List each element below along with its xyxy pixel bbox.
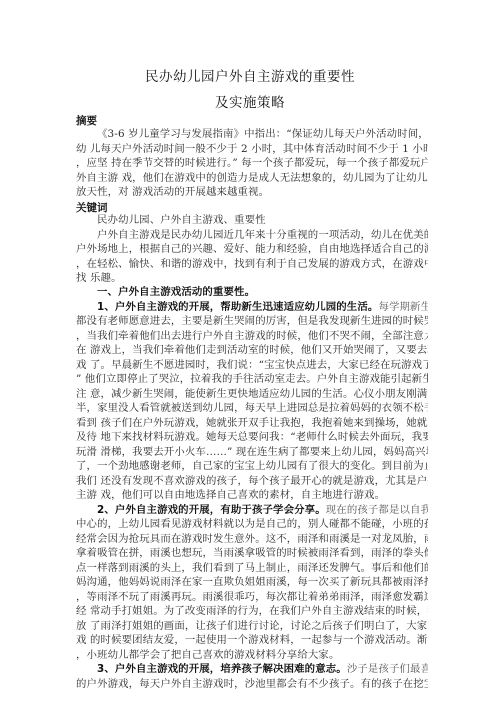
document-page: 民办幼儿园户外自主游戏的重要性 及实施策略 摘要 《3-6 岁儿童学习与发展指南…: [0, 0, 500, 707]
abstract-line: 放天性，对 游戏活动的开展越来越重视。: [76, 185, 428, 200]
point1-line: 及待 地下来找材料玩游戏。她每天总要问我：“老师什么时候去外面玩，我要去: [76, 430, 428, 445]
section1-heading: 一、户外自主游戏活动的重要性。: [76, 285, 428, 300]
point1-line: 玩滑 滑梯，我要去开小火车……” 现在连生病了都要来上幼儿园，妈妈高兴坏: [76, 445, 428, 460]
point2-line: 放 了雨泽打姐姐的画面，让孩子们进行讨论，讨论之后孩子们明白了，大家在游: [76, 619, 428, 634]
point1-line: 戏 了。早晨新生不愿进园时，我们说：“宝宝快点进去，大家已经在玩游戏了。: [76, 358, 428, 373]
point3-first-line: 3、户外自主游戏的开展，培养孩子解决困难的意志。沙子是孩子们最喜欢: [76, 662, 428, 677]
point1-line: 半，家里没人看管就被送到幼儿园，每天早上进园总是拉着妈妈的衣领不松手，: [76, 401, 428, 416]
point1-line: 看到 孩子们在户外玩游戏，她就张开双手让我抱，我抱着她来到操场，她就迫不: [76, 416, 428, 431]
intro-line: 找 乐趣。: [76, 271, 428, 286]
keywords-text: 民办幼儿园、户外自主游戏、重要性: [76, 213, 428, 228]
document-title-line1: 民办幼儿园户外自主游戏的重要性: [0, 65, 500, 85]
intro-line: 户外场地上，根据自己的兴趣、爱好、能力和经验，自由地选择适合自己的游戏: [76, 242, 428, 257]
abstract-line: 幼 儿每天户外活动时间一般不少于 2 小时，其中体育活动时间不少于 1 小时: [76, 142, 428, 157]
point1-line: 在 游戏上，当我们牵着他们走到活动室的时候，他们又开始哭闹了，又要去玩游: [76, 343, 428, 358]
abstract-heading: 摘要: [76, 113, 97, 128]
intro-line: ，在轻松、愉快、和谐的游戏中，找到有利于自己发展的游戏方式，在游戏中寻: [76, 257, 428, 272]
point1-line: 了，一个劲地感谢老师，自己家的宝宝上幼儿园有了很大的变化。到目前为止，: [76, 459, 428, 474]
point3-first-rest: 沙子是孩子们最喜欢: [347, 663, 428, 675]
point1-line: ，当我们牵着他们出去进行户外自主游戏的时候，他们不哭不闹，全部注意力都: [76, 329, 428, 344]
abstract-line: 外自主游 戏，他们在游戏中的创造力是成人无法想象的，幼儿园为了让幼儿释: [76, 171, 428, 186]
point2-line: 拿着吸管在拼，雨溪也想玩，当雨溪拿吸管的时候被雨泽看到，雨泽的拳头像雨: [76, 546, 428, 561]
point2-line: 戏 的时候要团结友爱，一起使用一个游戏材料，一起参与一个游戏活动。渐渐地: [76, 633, 428, 648]
point3-heading: 3、户外自主游戏的开展，培养孩子解决困难的意志。: [97, 663, 347, 675]
point1-line: 都没有老师愿意进去，主要是新生哭闹的厉害，但是我发现新生进园的时候哭闹: [76, 314, 428, 329]
point1-line: 我们 还没有发现不喜欢游戏的孩子，每个孩子最开心的就是游戏，尤其是户外自: [76, 474, 428, 489]
point2-first-line: 2、户外自主游戏的开展，有助于孩子学会分享。现在的孩子都是以自我为: [76, 503, 428, 518]
point1-first-line: 1、户外自主游戏的开展，帮助新生迅速适应幼儿园的生活。每学期新生班: [76, 300, 428, 315]
keywords-paragraph: 民办幼儿园、户外自主游戏、重要性 户外自主游戏是民办幼儿园近几年来十分重视的一项…: [76, 213, 428, 286]
point2-line: 点一样落到雨溪的头上，我们看到了马上制止，雨泽还发脾气。事后和他们的妈: [76, 561, 428, 576]
point1-line: ” 他们立即停止了哭泣，拉着我的手往活动室走去。户外自主游戏能引起新生的: [76, 372, 428, 387]
point2-line: 妈沟通，他妈妈说雨泽在家一直欺负姐姐雨溪，每一次买了新玩具都被雨泽抢去: [76, 575, 428, 590]
point1-line: 主游 戏，他们可以自由地选择自己喜欢的素材，自主地进行游戏。: [76, 488, 428, 503]
point2-line: 经 常动手打姐姐。为了改变雨泽的行为，在我们户外自主游戏结束的时候，我播: [76, 604, 428, 619]
document-title-line2: 及实施策略: [0, 91, 500, 111]
point2-line: ，小班幼儿都学会了把自己喜欢的游戏材料分享给大家。: [76, 648, 428, 663]
section1: 一、户外自主游戏活动的重要性。 1、户外自主游戏的开展，帮助新生迅速适应幼儿园的…: [76, 285, 428, 691]
abstract-paragraph: 《3-6 岁儿童学习与发展指南》中指出：“保证幼儿每天户外活动时间， 幼 儿每天…: [76, 127, 428, 200]
point2-heading: 2、户外自主游戏的开展，有助于孩子学会分享。: [97, 504, 326, 516]
abstract-line: 《3-6 岁儿童学习与发展指南》中指出：“保证幼儿每天户外活动时间，: [76, 127, 428, 142]
point2-line: 中心的，上幼儿园看见游戏材料就以为是自己的，别人碰都不能碰，小班的孩子: [76, 517, 428, 532]
point2-line: 经常会因为抢玩具而在游戏时发生意外。这不，雨泽和雨溪是一对龙凤胎，雨泽: [76, 532, 428, 547]
point1-first-rest: 每学期新生班: [378, 301, 428, 313]
point2-line: ，等雨泽不玩了雨溪再玩。雨溪很乖巧，每次都让着弟弟雨泽，雨泽愈发霸道，: [76, 590, 428, 605]
point2-first-rest: 现在的孩子都是以自我为: [326, 504, 428, 516]
intro-line: 户外自主游戏是民办幼儿园近几年来十分重视的一项活动，幼儿在优美的: [76, 228, 428, 243]
point1-line: 注 意，减少新生哭闹，能使新生更快地适应幼儿园的生活。心仪小朋友刚满两周: [76, 387, 428, 402]
point3-line: 的户外游戏，每天户外自主游戏时，沙池里都会有不少孩子。有的孩子在挖宝，: [76, 677, 428, 692]
point1-heading: 1、户外自主游戏的开展，帮助新生迅速适应幼儿园的生活。: [97, 301, 378, 313]
abstract-line: ，应坚 持在季节交替的时候进行。” 每一个孩子都爱玩，每一个孩子都爱玩户: [76, 156, 428, 171]
